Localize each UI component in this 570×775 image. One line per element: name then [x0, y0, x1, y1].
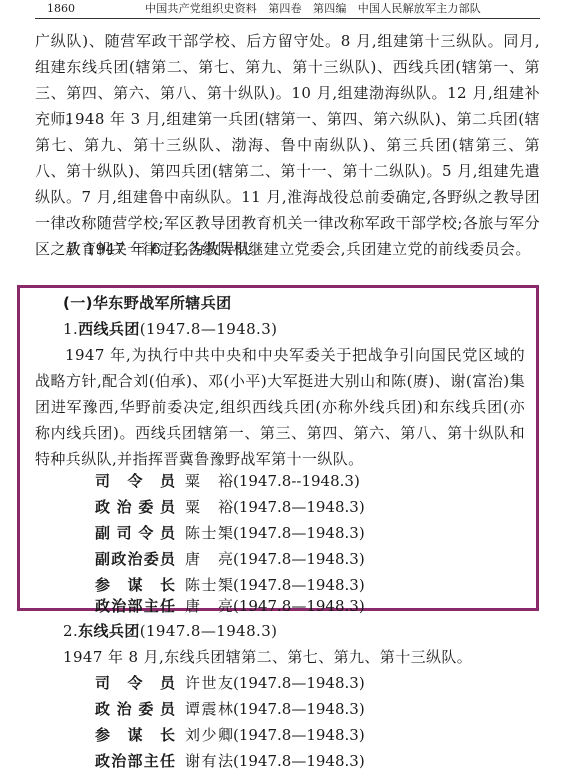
officer-name: 刘少卿	[185, 722, 233, 748]
officer-period: (1947.8—1948.3)	[233, 726, 365, 744]
officer-title: 副司令员	[95, 520, 175, 546]
subsection-title-west: 1.西线兵团(1947.8—1948.3)	[63, 316, 277, 342]
officer-title: 政治委员	[95, 494, 175, 520]
officer-title: 副政治委员	[95, 546, 175, 572]
officer-period: (1947.8--1948.3)	[233, 472, 360, 490]
officer-period: (1947.8—1948.3)	[233, 550, 365, 568]
officer-row: 政治部主任唐亮(1947.8—1948.3)	[95, 593, 365, 619]
officer-name: 唐亮	[185, 546, 233, 572]
section-heading: (一)华东野战军所辖兵团	[63, 290, 232, 316]
officer-period: (1947.8—1948.3)	[233, 597, 365, 615]
running-title: 中国共产党组织史资料 第四卷 第四编 中国人民解放军主力部队	[145, 1, 481, 17]
officer-title: 司令员	[95, 468, 175, 494]
officer-row: 司令员许世友(1947.8—1948.3)	[95, 670, 365, 696]
subsection-period: (1947.8—1948.3)	[140, 622, 278, 640]
subsection-title-east: 2.东线兵团(1947.8—1948.3)	[63, 618, 277, 644]
paragraph-3: 从 1947 年 6 月,各纵队相继建立党委会,兵团建立党的前线委员会。	[35, 236, 540, 262]
officer-row: 参谋长刘少卿(1947.8—1948.3)	[95, 722, 365, 748]
subsection-number: 1.	[63, 320, 78, 338]
east-description: 1947 年 8 月,东线兵团辖第二、第七、第九、第十三纵队。	[63, 644, 472, 670]
officer-title: 参谋长	[95, 722, 175, 748]
officer-row: 司令员粟裕(1947.8--1948.3)	[95, 468, 360, 494]
officer-name: 谭震林	[185, 696, 233, 722]
officer-title: 政治部主任	[95, 748, 175, 774]
officer-row: 副司令员陈士榘(1947.8—1948.3)	[95, 520, 365, 546]
officer-name: 陈士榘	[185, 520, 233, 546]
officer-period: (1947.8—1948.3)	[233, 524, 365, 542]
officer-period: (1947.8—1948.3)	[233, 752, 365, 770]
west-description: 1947 年,为执行中共中央和中央军委关于把战争引向国民党区域的战略方针,配合刘…	[35, 342, 525, 472]
officer-name: 唐亮	[185, 593, 233, 619]
officer-name: 许世友	[185, 670, 233, 696]
officer-title: 司令员	[95, 670, 175, 696]
subsection-period: (1947.8—1948.3)	[140, 320, 278, 338]
officer-period: (1947.8—1948.3)	[233, 498, 365, 516]
officer-row: 副政治委员唐亮(1947.8—1948.3)	[95, 546, 365, 572]
officer-title: 政治委员	[95, 696, 175, 722]
page-header: 1860 中国共产党组织史资料 第四卷 第四编 中国人民解放军主力部队	[35, 0, 540, 19]
officer-period: (1947.8—1948.3)	[233, 576, 365, 594]
subsection-name: 西线兵团	[78, 320, 140, 338]
officer-row: 政治委员谭震林(1947.8—1948.3)	[95, 696, 365, 722]
officer-row: 政治部主任谢有法(1947.8—1948.3)	[95, 748, 365, 774]
subsection-name: 东线兵团	[78, 622, 140, 640]
officer-title: 政治部主任	[95, 593, 175, 619]
page-number: 1860	[47, 1, 75, 17]
subsection-number: 2.	[63, 622, 78, 640]
officer-name: 谢有法	[185, 748, 233, 774]
officer-row: 政治委员粟裕(1947.8—1948.3)	[95, 494, 365, 520]
officer-period: (1947.8—1948.3)	[233, 700, 365, 718]
officer-name: 粟裕	[185, 494, 233, 520]
officer-period: (1947.8—1948.3)	[233, 674, 365, 692]
officer-name: 粟裕	[185, 468, 233, 494]
